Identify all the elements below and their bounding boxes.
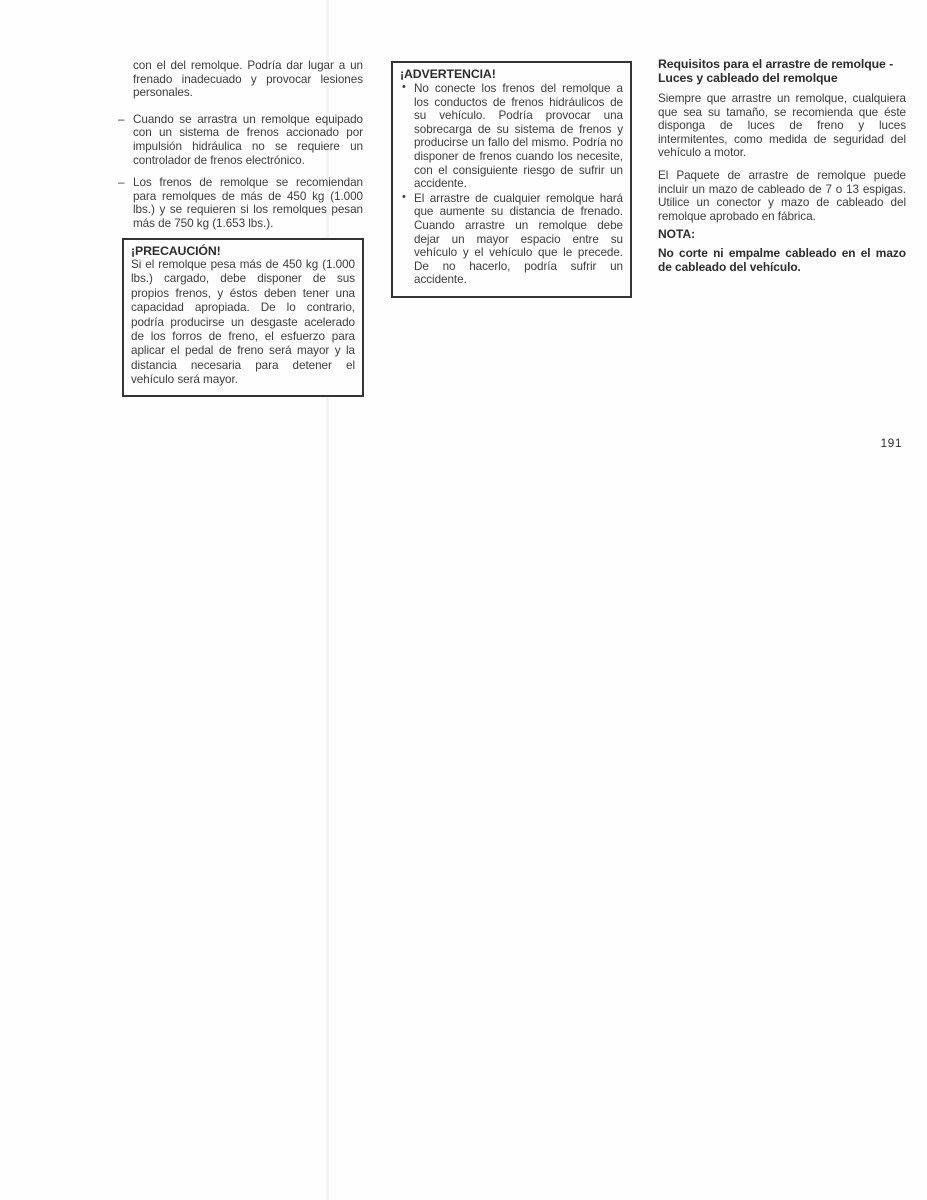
- warning-bullet-item: • No conecte los frenos del remolque a l…: [400, 82, 623, 191]
- warning-bullet-text: No conecte los frenos del remolque a los…: [414, 82, 623, 191]
- caution-box-title: ¡PRECAUCIÓN!: [131, 244, 355, 258]
- page-number: 191: [872, 436, 902, 450]
- dash-item-text: Los frenos de remolque se recomiendan pa…: [133, 176, 363, 230]
- warning-box: ¡ADVERTENCIA! • No conecte los frenos de…: [391, 61, 632, 298]
- section-heading: Requisitos para el arrastre de remolque …: [658, 57, 906, 85]
- warning-box-title: ¡ADVERTENCIA!: [400, 67, 623, 81]
- warning-bullet-item: • El arrastre de cualquier remolque hará…: [400, 192, 623, 287]
- note-label: NOTA:: [658, 228, 906, 242]
- dash-list-item: – Cuando se arrastra un remolque equipad…: [118, 113, 363, 167]
- body-paragraph: Siempre que arrastre un remolque, cualqu…: [658, 92, 906, 160]
- middle-column: ¡ADVERTENCIA! • No conecte los frenos de…: [391, 61, 632, 298]
- dash-bullet: –: [118, 113, 125, 127]
- continuation-paragraph: con el del remolque. Podría dar lugar a …: [133, 59, 363, 100]
- bullet-glyph: •: [402, 191, 406, 205]
- bullet-glyph: •: [402, 81, 406, 95]
- dash-item-text: Cuando se arrastra un remolque equipado …: [133, 113, 363, 167]
- right-column: Requisitos para el arrastre de remolque …: [658, 57, 906, 274]
- dash-bullet: –: [118, 176, 125, 190]
- manual-page: con el del remolque. Podría dar lugar a …: [0, 0, 927, 1200]
- note-body: No corte ni empalme cableado en el mazo …: [658, 247, 906, 274]
- caution-box: ¡PRECAUCIÓN! Si el remolque pesa más de …: [122, 238, 364, 397]
- caution-box-body: Si el remolque pesa más de 450 kg (1.000…: [131, 258, 355, 388]
- warning-bullet-text: El arrastre de cualquier remolque hará q…: [414, 192, 623, 287]
- body-paragraph: El Paquete de arrastre de remolque puede…: [658, 169, 906, 223]
- dash-list-item: – Los frenos de remolque se recomiendan …: [118, 176, 363, 230]
- left-column: con el del remolque. Podría dar lugar a …: [118, 59, 364, 397]
